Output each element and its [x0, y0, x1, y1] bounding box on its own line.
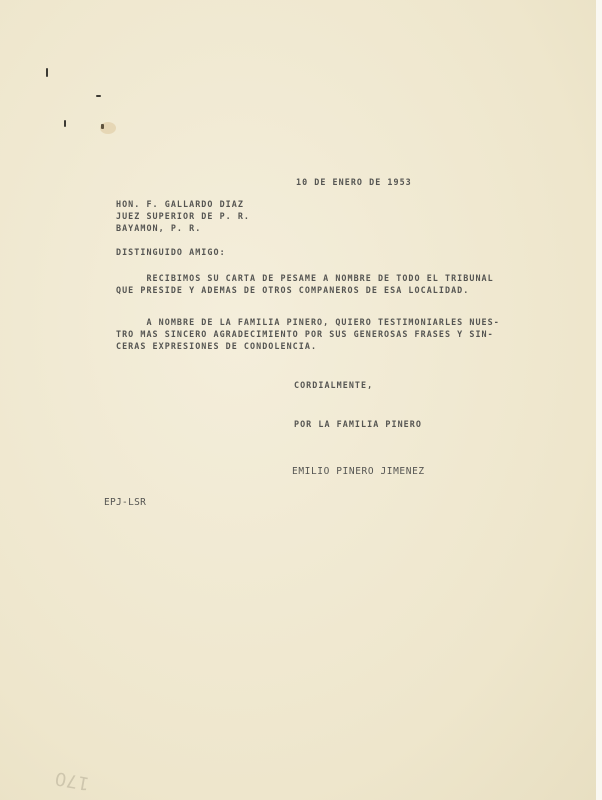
recipient-line-2: Juez Superior de P. R.: [116, 211, 250, 221]
paragraph-1-line-1: Recibimos su carta de pesame a nombre de…: [116, 273, 494, 283]
stain: [100, 122, 116, 134]
closing: Cordialmente,: [294, 380, 373, 390]
paragraph-2-line-1: A nombre de la familia Pinero, quiero te…: [116, 317, 500, 327]
recipient-line-3: Bayamon, P. R.: [116, 223, 201, 233]
signature-name: EMILIO PINERO JIMENEZ: [292, 466, 425, 477]
paragraph-2-line-3: ceras expresiones de condolencia.: [116, 341, 317, 351]
recipient-line-1: Hon. F. Gallardo Diaz: [116, 199, 244, 209]
paragraph-2-line-2: tro mas sincero agradecimiento por sus g…: [116, 329, 494, 339]
typist-initials: EPJ-lsr: [104, 497, 146, 508]
on-behalf-line: Por la Familia Pinero: [294, 419, 422, 429]
letter-date: 10 de enero de 1953: [296, 177, 412, 187]
salutation: Distinguido amigo:: [116, 247, 226, 257]
paragraph-1-line-2: que preside y ademas de otros companeros…: [116, 285, 469, 295]
page-edge: [596, 0, 602, 800]
paper-page: [0, 0, 596, 800]
speck: [64, 120, 66, 127]
speck: [46, 68, 48, 77]
speck: [96, 95, 101, 97]
